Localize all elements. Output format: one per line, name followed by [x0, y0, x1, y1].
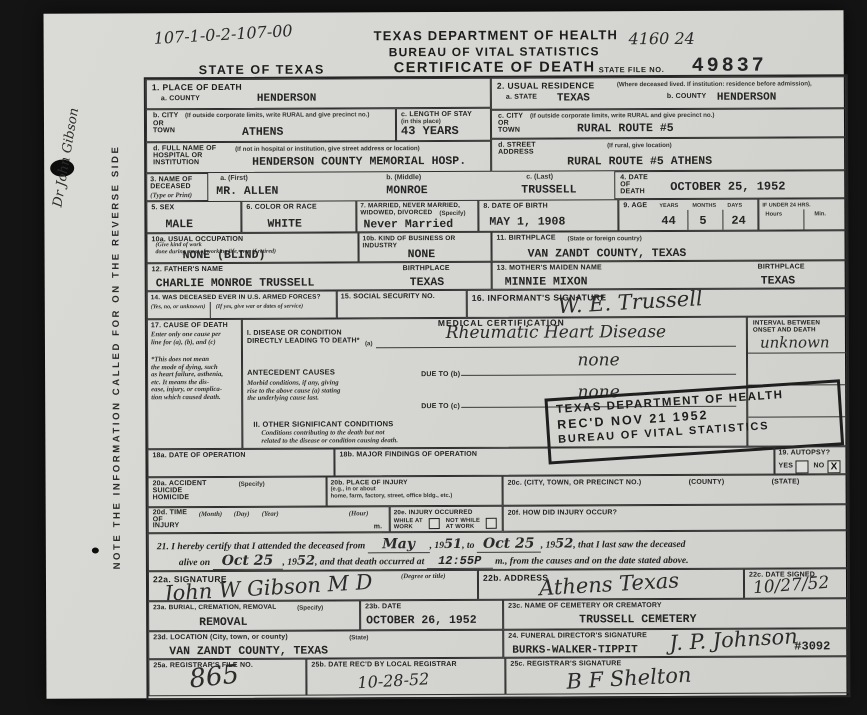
state-file-no-label: STATE FILE NO.: [599, 65, 665, 74]
certify-text-2: , that I last saw the deceased: [573, 539, 685, 550]
burial-hint: (Specify): [297, 605, 323, 612]
dob-value: MAY 1, 1908: [489, 215, 565, 228]
field-cemetery-name: 23c. NAME OF CEMETERY OR CREMATORY TRUSS…: [503, 598, 848, 630]
field-father-name: 12. FATHER'S NAME BIRTHPLACE CHARLIE MON…: [147, 262, 492, 292]
certify-19b: , 19: [541, 540, 555, 551]
m-label: m.: [374, 523, 383, 530]
certify-year2: 52: [555, 536, 573, 551]
certify-time-value: 12:55P: [438, 554, 481, 568]
min-label: Min.: [814, 211, 826, 217]
page-title: CERTIFICATE OF DEATH: [394, 59, 596, 76]
field-injury-occurred: 20e. INJURY OCCURRED WHILE AT WORK NOT W…: [390, 506, 503, 532]
funeral-director-label: 24. FUNERAL DIRECTOR'S SIGNATURE: [508, 632, 647, 640]
father-birthplace-label: BIRTHPLACE: [403, 265, 450, 272]
antecedent-hint: Morbid conditions, if any, giving rise t…: [247, 379, 340, 402]
burial-location-state-hint: (State): [349, 634, 368, 641]
residence-city-hint: (If outside corporate limits, write RURA…: [530, 111, 830, 119]
field-middle-name: b. (Middle) MONROE: [356, 172, 481, 201]
certify-text-3: alive on: [179, 557, 210, 568]
certify-to-fill: Oct 25: [477, 536, 541, 553]
residence-state-label: a. STATE: [506, 94, 537, 101]
date-of-death-value: OCTOBER 25, 1952: [670, 180, 785, 195]
residence-state-value: TEXAS: [557, 92, 590, 104]
certify-year1: 51: [444, 537, 462, 552]
place-of-death-title: 1. PLACE OF DEATH: [152, 82, 242, 92]
header-bureau: BUREAU OF VITAL STATISTICS: [389, 44, 600, 59]
while-at-work-label: WHILE AT WORK: [394, 518, 423, 530]
residence-county-label: b. COUNTY: [667, 93, 707, 100]
field-ssn: 15. SOCIAL SECURITY NO.: [337, 290, 467, 319]
field-age: 9. AGE YEARS MONTHS DAYS 44 5 24: [618, 199, 758, 232]
time-of-injury-label: 20d. TIME OF INJURY: [153, 510, 188, 530]
cause-note-2: *This does not mean the mode of dying, s…: [151, 356, 223, 401]
residence-or-town-label: OR TOWN: [498, 120, 520, 134]
age-divider-1: [687, 210, 688, 231]
field-injury-location: 20c. (CITY, TOWN, OR PRECINCT NO.) (COUN…: [503, 474, 848, 506]
hour-hint: (Hour): [349, 510, 369, 517]
informant-signature-value: W. E. Trussell: [557, 288, 703, 318]
hours-label: Hours: [765, 212, 782, 218]
field-armed-forces: 14. WAS DECEASED EVER IN U.S. ARMED FORC…: [147, 290, 337, 319]
cause-note-1: Enter only one cause per line for (a), (…: [151, 331, 221, 346]
disease-condition-label: I. DISEASE OR CONDITION DIRECTLY LEADING…: [247, 329, 360, 344]
field-how-injury-occurred: 20f. HOW DID INJURY OCCUR?: [503, 504, 848, 532]
autopsy-yes-label: YES: [778, 462, 793, 469]
burial-location-label: 23d. LOCATION (City, town, or county): [153, 634, 288, 642]
birthplace-value: VAN ZANDT COUNTY, TEXAS: [528, 247, 687, 261]
field-accident-suicide: 20a. ACCIDENT SUICIDE HOMICIDE (Specify): [148, 477, 327, 508]
under-24-label: IF UNDER 24 HRS.: [762, 202, 810, 208]
cause-of-death-label: 17. CAUSE OF DEATH: [151, 322, 228, 329]
age-months-label: MONTHS: [692, 203, 716, 209]
field-sex: 5. SEX MALE: [146, 201, 241, 233]
certify-text-5: m., from the causes and on the date stat…: [495, 555, 689, 567]
injury-state-label: (STATE): [772, 478, 800, 485]
certify-19a: , 19: [430, 540, 444, 551]
certify-alive-fill: Oct 25: [212, 553, 282, 570]
field-date-received: 25b. DATE REC'D BY LOCAL REGISTRAR 10-28…: [306, 658, 505, 696]
father-birthplace-value: TEXAS: [410, 276, 445, 289]
mother-birthplace-value: TEXAS: [761, 274, 796, 287]
cemetery-label: 23c. NAME OF CEMETERY OR CREMATORY: [508, 602, 662, 610]
field-informant-signature: 16. INFORMANT'S SIGNATURE W. E. Trussell: [467, 288, 847, 318]
city-hint: (If outside corporate limits, write RURA…: [185, 111, 385, 119]
cemetery-value: TRUSSELL CEMETERY: [579, 613, 696, 627]
father-name-label: 12. FATHER'S NAME: [152, 266, 223, 273]
field-birthplace: 11. BIRTHPLACE (State or foreign country…: [491, 230, 846, 262]
major-findings-label: 18b. MAJOR FINDINGS OF OPERATION: [339, 451, 477, 459]
line-a-label: (a): [365, 340, 373, 347]
field-marital-status: 7. MARRIED, NEVER MARRIED, WIDOWED, DIVO…: [356, 200, 478, 233]
certify-year3: 52: [297, 554, 315, 569]
field-registrar-file-no: 25a. REGISTRAR'S FILE NO. 865: [148, 659, 306, 697]
under24-divider: [803, 209, 804, 230]
field-burial-date: 23b. DATE OCTOBER 26, 1952: [360, 600, 503, 631]
month-hint: (Month): [199, 511, 222, 518]
armed-forces-hint1: (Yes, no, or unknown): [151, 304, 206, 310]
line-a-rule: Rheumatic Heart Disease: [376, 322, 736, 349]
last-name-label: c. (Last): [526, 174, 553, 181]
birthplace-hint: (State or foreign country): [567, 235, 641, 242]
injury-city-label: 20c. (CITY, TOWN, OR PRECINCT NO.): [508, 479, 642, 487]
first-name-value: MR. ALLEN: [216, 185, 278, 198]
day-hint: (Day): [234, 511, 250, 518]
interval-label: INTERVAL BETWEEN ONSET AND DEATH: [753, 319, 820, 333]
field-place-of-death-county: 1. PLACE OF DEATH a. COUNTY HENDERSON: [146, 78, 491, 110]
margin-handwritten-note: Dr John Gibson: [50, 107, 82, 209]
field-name-label: 3. NAME OF DECEASED (Type or Print): [146, 173, 208, 201]
armed-forces-label: 14. WAS DECEASED EVER IN U.S. ARMED FORC…: [151, 294, 321, 302]
funeral-firm-value: BURKS-WALKER-TIPPIT: [512, 644, 637, 657]
other-significant-label: II. OTHER SIGNIFICANT CONDITIONS: [253, 419, 393, 429]
age-label: 9. AGE: [623, 202, 647, 209]
field-date-of-death: 4. DATE OF DEATH OCTOBER 25, 1952: [614, 170, 846, 199]
field-age-under-24h: IF UNDER 24 HRS. Hours Min.: [758, 198, 846, 230]
hospital-label: d. FULL NAME OF HOSPITAL OR INSTITUTION: [153, 145, 216, 166]
father-name-value: CHARLIE MONROE TRUSSELL: [156, 277, 315, 291]
certify-text-1: 21. I hereby certify that I attended the…: [157, 540, 365, 552]
street-address-label: d. STREET ADDRESS: [498, 142, 536, 156]
header-state-of-texas: STATE OF TEXAS: [199, 63, 325, 78]
marital-value: Never Married: [363, 218, 453, 231]
certify-time-fill: 12:55P: [427, 554, 493, 569]
length-of-stay-value: 43 YEARS: [401, 124, 459, 138]
certify-from-value: May: [382, 536, 415, 552]
field-registrar-signature: 25c. REGISTRAR'S SIGNATURE B F Shelton: [505, 656, 848, 694]
antecedent-causes-label: ANTECEDENT CAUSES: [247, 367, 335, 376]
not-while-at-work-checkbox: [486, 518, 497, 529]
funeral-director-number: #3092: [794, 639, 830, 653]
age-days-value: 24: [731, 214, 745, 228]
age-years-label: YEARS: [659, 203, 678, 209]
city-label: b. CITY: [153, 112, 179, 119]
marital-hint: (Specify): [439, 210, 465, 217]
occupation-value: NONE (BLIND): [183, 249, 266, 262]
field-city-or-town: b. CITY (If outside corporate limits, wr…: [146, 108, 396, 142]
field-date-of-operation: 18a. DATE OF OPERATION: [147, 448, 334, 477]
certify-alive-value: Oct 25: [222, 553, 274, 569]
injury-occurred-label: 20e. INJURY OCCURRED: [394, 509, 473, 516]
while-at-work-checkbox: [429, 518, 440, 529]
certify-text-4: , and that death occurred at: [315, 556, 424, 567]
header-department: TEXAS DEPARTMENT OF HEALTH: [374, 27, 619, 43]
not-while-at-work-label: NOT WHILE AT WORK: [446, 518, 480, 530]
sex-value: MALE: [165, 218, 193, 231]
field-business-industry: 10b. KIND OF BUSINESS OR INDUSTRY NONE: [358, 232, 491, 263]
age-divider-2: [722, 210, 723, 231]
hospital-value: HENDERSON COUNTY MEMORIAL HOSP.: [252, 155, 466, 169]
place-of-injury-hint: (e.g., in or about home, farm, factory, …: [331, 486, 453, 500]
burial-value: REMOVAL: [199, 616, 247, 629]
autopsy-no-checkbox: X: [827, 460, 840, 473]
due-to-b-label: DUE TO (b): [421, 371, 460, 378]
burial-label: 23a. BURIAL, CREMATION, REMOVAL: [153, 604, 276, 612]
sex-label: 5. SEX: [151, 204, 174, 211]
date-of-operation-label: 18a. DATE OF OPERATION: [152, 452, 245, 459]
ink-spot: [92, 548, 99, 554]
certificate-form: 1. PLACE OF DEATH a. COUNTY HENDERSON b.…: [144, 74, 851, 700]
age-years-value: 44: [661, 214, 675, 228]
field-hospital-name: d. FULL NAME OF HOSPITAL OR INSTITUTION …: [146, 141, 491, 174]
certify-to-value: Oct 25: [483, 536, 535, 552]
last-name-value: TRUSSELL: [521, 183, 576, 196]
autopsy-no-label: NO: [813, 462, 824, 469]
field-residence-state-county: 2. USUAL RESIDENCE (Where deceased lived…: [491, 76, 846, 110]
certify-to-word: , to: [462, 540, 474, 551]
ssn-label: 15. SOCIAL SECURITY NO.: [341, 293, 435, 300]
accident-label: 20a. ACCIDENT SUICIDE HOMICIDE: [153, 480, 207, 501]
field-mother-name: 13. MOTHER'S MAIDEN NAME BIRTHPLACE MINN…: [492, 260, 847, 290]
field-funeral-director: 24. FUNERAL DIRECTOR'S SIGNATURE BURKS-W…: [503, 628, 848, 658]
date-received-label: 25b. DATE REC'D BY LOCAL REGISTRAR: [311, 661, 456, 669]
date-of-death-label: 4. DATE OF DEATH: [620, 174, 648, 195]
street-address-value: RURAL ROUTE #5 ATHENS: [567, 155, 712, 169]
field-length-of-stay: c. LENGTH OF STAY (in this place) 43 YEA…: [396, 108, 491, 141]
interval-a-value: unknown: [760, 333, 830, 351]
field-date-of-birth: 8. DATE OF BIRTH MAY 1, 1908: [478, 199, 618, 232]
field-certification-statement: 21. I hereby certify that I attended the…: [148, 530, 848, 571]
field-color-or-race: 6. COLOR OR RACE WHITE: [241, 200, 356, 233]
cause-a-value: Rheumatic Heart Disease: [446, 322, 666, 343]
interval-line-1: [748, 352, 847, 353]
injury-county-label: (COUNTY): [689, 479, 725, 486]
field-major-findings: 18b. MAJOR FINDINGS OF OPERATION: [334, 447, 774, 477]
county-value: HENDERSON: [257, 93, 316, 105]
type-or-print-hint: (Type or Print): [150, 192, 192, 199]
age-months-value: 5: [699, 214, 706, 228]
scanned-death-certificate: NOTE THE INFORMATION CALLED FOR ON THE R…: [0, 0, 867, 715]
armed-forces-hint2: (If yes, give war or dates of service): [216, 304, 303, 310]
funeral-director-signature: J. P. Johnson: [669, 628, 799, 655]
field-first-name: a. (First) MR. ALLEN: [208, 172, 356, 201]
year-hint: (Year): [262, 511, 279, 518]
certify-from-fill: May: [368, 536, 430, 553]
field-burial-removal: 23a. BURIAL, CREMATION, REMOVAL (Specify…: [148, 600, 360, 631]
field-physician-signature: 22a. SIGNATURE (Degree or title) John W …: [148, 570, 478, 601]
autopsy-yes-checkbox: [795, 460, 808, 473]
field-place-of-injury: 20b. PLACE OF INJURY (e.g., in or about …: [327, 476, 503, 507]
due-to-c-label: DUE TO (c): [421, 403, 460, 410]
middle-name-value: MONROE: [386, 184, 427, 197]
field-residence-city: c. CITY (If outside corporate limits, wr…: [491, 108, 846, 139]
mother-birthplace-label: BIRTHPLACE: [758, 263, 805, 270]
burial-date-label: 23b. DATE: [365, 603, 401, 610]
age-days-label: DAYS: [727, 203, 742, 209]
residence-city-value: RURAL ROUTE #5: [577, 122, 674, 135]
burial-location-value: VAN ZANDT COUNTY, TEXAS: [169, 645, 328, 659]
date-signed-value: 10/27/52: [752, 573, 830, 599]
city-value: ATHENS: [242, 126, 283, 139]
birthplace-label: 11. BIRTHPLACE: [496, 235, 555, 242]
field-autopsy: 19. AUTOPSY? YES NO X: [774, 446, 847, 474]
date-received-value: 10-28-52: [357, 669, 430, 692]
certify-19c: , 19: [282, 557, 296, 568]
other-significant-hint: Conditions contributing to the death but…: [261, 429, 398, 445]
mother-name-value: MINNIE MIXON: [505, 275, 588, 288]
field-physician-address: 22b. ADDRESS Athens Texas: [478, 569, 744, 600]
mother-name-label: 13. MOTHER'S MAIDEN NAME: [497, 264, 602, 271]
accident-hint: (Specify): [239, 481, 265, 488]
line-b-rule: none: [461, 350, 736, 376]
handwritten-number: 4160 24: [629, 29, 695, 48]
reverse-side-note: NOTE THE INFORMATION CALLED FOR ON THE R…: [110, 139, 123, 569]
armed-forces-divider: [210, 302, 211, 319]
street-address-hint: (If rural, give location): [607, 142, 672, 149]
or-town-label: OR TOWN: [153, 120, 175, 134]
residence-county-value: HENDERSON: [717, 92, 776, 104]
how-injury-label: 20f. HOW DID INJURY OCCUR?: [508, 509, 617, 516]
race-label: 6. COLOR OR RACE: [246, 204, 317, 211]
first-name-label: a. (First): [220, 175, 248, 182]
registrar-file-value: 865: [188, 659, 241, 694]
burial-date-value: OCTOBER 26, 1952: [366, 614, 476, 627]
handwritten-file-code: 107-1-0-2-107-00: [153, 21, 293, 48]
certificate-paper: NOTE THE INFORMATION CALLED FOR ON THE R…: [44, 10, 847, 698]
hospital-hint: (If not in hospital or institution, give…: [235, 145, 420, 153]
autopsy-label: 19. AUTOPSY?: [778, 449, 830, 456]
middle-name-label: b. (Middle): [386, 174, 421, 181]
field-last-name: c. (Last) TRUSSELL: [481, 171, 614, 200]
county-label: a. COUNTY: [161, 95, 200, 102]
cause-b-value: none: [577, 350, 619, 370]
field-usual-occupation: 10a. USUAL OCCUPATION (Give kind of work…: [146, 232, 358, 263]
field-time-of-injury: 20d. TIME OF INJURY (Month) (Day) (Year)…: [148, 506, 390, 533]
field-residence-street: d. STREET ADDRESS (If rural, give locati…: [491, 137, 846, 172]
address-value: Athens Texas: [538, 569, 679, 600]
degree-or-title-hint: (Degree or title): [401, 573, 446, 580]
field-date-signed: 22c. DATE SIGNED 10/27/52: [744, 568, 848, 598]
dob-label: 8. DATE OF BIRTH: [483, 203, 548, 210]
usual-residence-hint: (Where deceased lived. If institution: r…: [617, 80, 842, 88]
name-of-deceased-label: 3. NAME OF DECEASED: [150, 176, 192, 190]
field-burial-location: 23d. LOCATION (City, town, or county) (S…: [148, 630, 503, 660]
field-cause-of-death-notes: 17. CAUSE OF DEATH Enter only one cause …: [147, 319, 243, 449]
industry-value: NONE: [408, 248, 436, 261]
race-value: WHITE: [267, 218, 302, 231]
usual-residence-title: 2. USUAL RESIDENCE: [497, 80, 595, 90]
